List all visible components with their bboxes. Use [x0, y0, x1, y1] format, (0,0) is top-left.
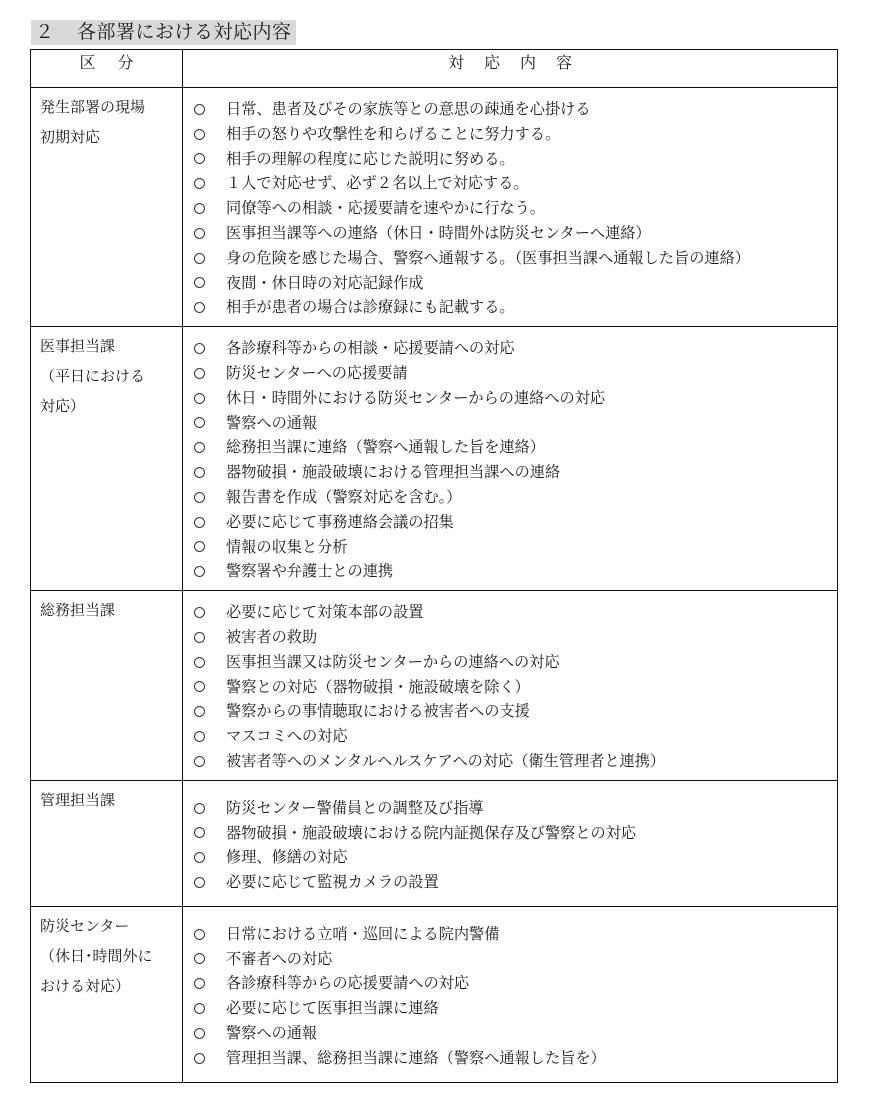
table-row: 発生部署の現場 初期対応 日常、患者及びその家族等との意思の疎通を心掛ける相手の… [31, 88, 838, 327]
section-heading: ２各部署における対応内容 [31, 20, 296, 45]
circle-bullet-icon [194, 681, 205, 692]
department-cell: 防災センター （休日･時間外に おける対応） [31, 906, 183, 1082]
list-item: 各診療科等からの応援要請への対応 [194, 971, 837, 996]
item-text: 各診療科等からの相談・応援要請への対応 [226, 336, 515, 361]
item-text: 被害者の救助 [226, 625, 317, 650]
circle-bullet-icon [194, 228, 205, 239]
list-item: 警察への通報 [194, 411, 837, 436]
list-item: 医事担当課又は防災センターからの連絡への対応 [194, 650, 837, 675]
item-text: 管理担当課、総務担当課に連絡（警察へ通報した旨を） [226, 1046, 606, 1071]
item-text: １人で対応せず、必ず２名以上で対応する。 [226, 171, 529, 196]
circle-bullet-icon [194, 827, 205, 838]
item-text: 休日・時間外における防災センターからの連絡への対応 [226, 386, 605, 411]
list-item: 警察との対応（器物破損・施設破壊を除く） [194, 675, 837, 700]
department-cell: 管理担当課 [31, 780, 183, 906]
item-text: 相手の理解の程度に応じた説明に努める。 [226, 147, 515, 172]
item-text: 身の危険を感じた場合、警察へ通報する。（医事担当課へ通報した旨の連絡） [226, 246, 750, 271]
item-text: 警察との対応（器物破損・施設破壊を除く） [226, 675, 530, 700]
list-item: 防災センター警備員との調整及び指導 [194, 796, 837, 821]
item-text: マスコミへの対応 [226, 724, 348, 749]
circle-bullet-icon [194, 877, 205, 888]
response-table: 区分 対応内容 発生部署の現場 初期対応 日常、患者及びその家族等との意思の疎通… [30, 49, 838, 1083]
item-text: 修理、修繕の対応 [226, 845, 348, 870]
list-item: 情報の収集と分析 [194, 535, 837, 560]
list-item: 警察署や弁護士との連携 [194, 559, 837, 584]
circle-bullet-icon [194, 632, 205, 643]
circle-bullet-icon [194, 756, 205, 767]
department-cell: 総務担当課 [31, 591, 183, 781]
item-text: 報告書を作成（警察対応を含む。） [226, 485, 461, 510]
item-text: 警察への通報 [226, 1021, 317, 1046]
list-item: 日常における立哨・巡回による院内警備 [194, 922, 837, 947]
item-text: 不審者への対応 [226, 947, 332, 972]
item-text: 必要に応じて監視カメラの設置 [226, 870, 439, 895]
list-item: 総務担当課に連絡（警察へ通報した旨を連絡） [194, 435, 837, 460]
circle-bullet-icon [194, 253, 205, 264]
circle-bullet-icon [194, 277, 205, 288]
item-text: 警察からの事情聴取における被害者への支援 [226, 699, 530, 724]
item-text: 夜間・休日時の対応記録作成 [226, 271, 423, 296]
list-item: 被害者の救助 [194, 625, 837, 650]
list-item: 被害者等へのメンタルヘルスケアへの対応（衛生管理者と連携） [194, 749, 837, 774]
list-item: 警察への通報 [194, 1021, 837, 1046]
list-item: 器物破損・施設破壊における管理担当課への連絡 [194, 460, 837, 485]
header-category: 区分 [31, 50, 183, 88]
circle-bullet-icon [194, 517, 205, 528]
list-item: 身の危険を感じた場合、警察へ通報する。（医事担当課へ通報した旨の連絡） [194, 246, 837, 271]
content-cell: 防災センター警備員との調整及び指導器物破損・施設破壊における院内証拠保存及び警察… [183, 780, 838, 906]
header-content: 対応内容 [183, 50, 838, 88]
item-text: 防災センターへの応援要請 [226, 361, 408, 386]
item-text: 必要に応じて事務連絡会議の招集 [226, 510, 454, 535]
table-row: 防災センター （休日･時間外に おける対応） 日常における立哨・巡回による院内警… [31, 906, 838, 1082]
section-title: 各部署における対応内容 [77, 21, 292, 43]
table-header-row: 区分 対応内容 [31, 50, 838, 88]
list-item: 必要に応じて監視カメラの設置 [194, 870, 837, 895]
circle-bullet-icon [194, 393, 205, 404]
circle-bullet-icon [194, 731, 205, 742]
item-text: 警察への通報 [226, 411, 317, 436]
department-cell: 発生部署の現場 初期対応 [31, 88, 183, 327]
circle-bullet-icon [194, 417, 205, 428]
item-text: 医事担当課又は防災センターからの連絡への対応 [226, 650, 560, 675]
item-text: 情報の収集と分析 [226, 535, 348, 560]
item-text: 同僚等への相談・応援要請を速やかに行なう。 [226, 196, 545, 221]
circle-bullet-icon [194, 343, 205, 354]
circle-bullet-icon [194, 953, 205, 964]
item-text: 必要に応じて対策本部の設置 [226, 600, 423, 625]
list-item: 管理担当課、総務担当課に連絡（警察へ通報した旨を） [194, 1046, 837, 1071]
circle-bullet-icon [194, 368, 205, 379]
content-cell: 日常、患者及びその家族等との意思の疎通を心掛ける相手の怒りや攻撃性を和らげること… [183, 88, 838, 327]
list-item: １人で対応せず、必ず２名以上で対応する。 [194, 171, 837, 196]
item-text: 被害者等へのメンタルヘルスケアへの対応（衛生管理者と連携） [226, 749, 665, 774]
circle-bullet-icon [194, 492, 205, 503]
circle-bullet-icon [194, 852, 205, 863]
circle-bullet-icon [194, 467, 205, 478]
circle-bullet-icon [194, 442, 205, 453]
item-text: 日常、患者及びその家族等との意思の疎通を心掛ける [226, 97, 591, 122]
list-item: 日常、患者及びその家族等との意思の疎通を心掛ける [194, 97, 837, 122]
circle-bullet-icon [194, 1003, 205, 1014]
list-item: 必要に応じて対策本部の設置 [194, 600, 837, 625]
circle-bullet-icon [194, 607, 205, 618]
circle-bullet-icon [194, 566, 205, 577]
circle-bullet-icon [194, 153, 205, 164]
table-row: 総務担当課 必要に応じて対策本部の設置被害者の救助医事担当課又は防災センターから… [31, 591, 838, 781]
circle-bullet-icon [194, 541, 205, 552]
circle-bullet-icon [194, 178, 205, 189]
item-text: 日常における立哨・巡回による院内警備 [226, 922, 499, 947]
department-cell: 医事担当課 （平日における 対応） [31, 327, 183, 591]
circle-bullet-icon [194, 706, 205, 717]
circle-bullet-icon [194, 657, 205, 668]
circle-bullet-icon [194, 203, 205, 214]
circle-bullet-icon [194, 1053, 205, 1064]
list-item: 休日・時間外における防災センターからの連絡への対応 [194, 386, 837, 411]
list-item: 相手の怒りや攻撃性を和らげることに努力する。 [194, 122, 837, 147]
item-text: 器物破損・施設破壊における管理担当課への連絡 [226, 460, 560, 485]
item-text: 総務担当課に連絡（警察へ通報した旨を連絡） [226, 435, 545, 460]
content-cell: 日常における立哨・巡回による院内警備不審者への対応各診療科等からの応援要請への対… [183, 906, 838, 1082]
list-item: 不審者への対応 [194, 947, 837, 972]
item-text: 相手の怒りや攻撃性を和らげることに努力する。 [226, 122, 560, 147]
table-row: 管理担当課 防災センター警備員との調整及び指導器物破損・施設破壊における院内証拠… [31, 780, 838, 906]
list-item: 各診療科等からの相談・応援要請への対応 [194, 336, 837, 361]
item-text: 防災センター警備員との調整及び指導 [226, 796, 484, 821]
list-item: 警察からの事情聴取における被害者への支援 [194, 699, 837, 724]
list-item: 医事担当課等への連絡（休日・時間外は防災センターへ連絡） [194, 221, 837, 246]
circle-bullet-icon [194, 929, 205, 940]
item-text: 必要に応じて医事担当課に連絡 [226, 996, 439, 1021]
list-item: 必要に応じて事務連絡会議の招集 [194, 510, 837, 535]
table-row: 医事担当課 （平日における 対応） 各診療科等からの相談・応援要請への対応防災セ… [31, 327, 838, 591]
item-text: 各診療科等からの応援要請への対応 [226, 971, 469, 996]
circle-bullet-icon [194, 803, 205, 814]
list-item: 修理、修繕の対応 [194, 845, 837, 870]
circle-bullet-icon [194, 129, 205, 140]
list-item: 相手の理解の程度に応じた説明に努める。 [194, 147, 837, 172]
item-text: 医事担当課等への連絡（休日・時間外は防災センターへ連絡） [226, 221, 651, 246]
item-text: 警察署や弁護士との連携 [226, 559, 393, 584]
list-item: 防災センターへの応援要請 [194, 361, 837, 386]
circle-bullet-icon [194, 302, 205, 313]
list-item: 必要に応じて医事担当課に連絡 [194, 996, 837, 1021]
circle-bullet-icon [194, 104, 205, 115]
list-item: 報告書を作成（警察対応を含む。） [194, 485, 837, 510]
list-item: マスコミへの対応 [194, 724, 837, 749]
item-text: 相手が患者の場合は診療録にも記載する。 [226, 295, 515, 320]
section-number: ２ [35, 20, 77, 45]
item-text: 器物破損・施設破壊における院内証拠保存及び警察との対応 [226, 821, 636, 846]
circle-bullet-icon [194, 978, 205, 989]
list-item: 同僚等への相談・応援要請を速やかに行なう。 [194, 196, 837, 221]
list-item: 相手が患者の場合は診療録にも記載する。 [194, 295, 837, 320]
content-cell: 必要に応じて対策本部の設置被害者の救助医事担当課又は防災センターからの連絡への対… [183, 591, 838, 781]
list-item: 夜間・休日時の対応記録作成 [194, 271, 837, 296]
circle-bullet-icon [194, 1028, 205, 1039]
list-item: 器物破損・施設破壊における院内証拠保存及び警察との対応 [194, 821, 837, 846]
content-cell: 各診療科等からの相談・応援要請への対応防災センターへの応援要請休日・時間外におけ… [183, 327, 838, 591]
